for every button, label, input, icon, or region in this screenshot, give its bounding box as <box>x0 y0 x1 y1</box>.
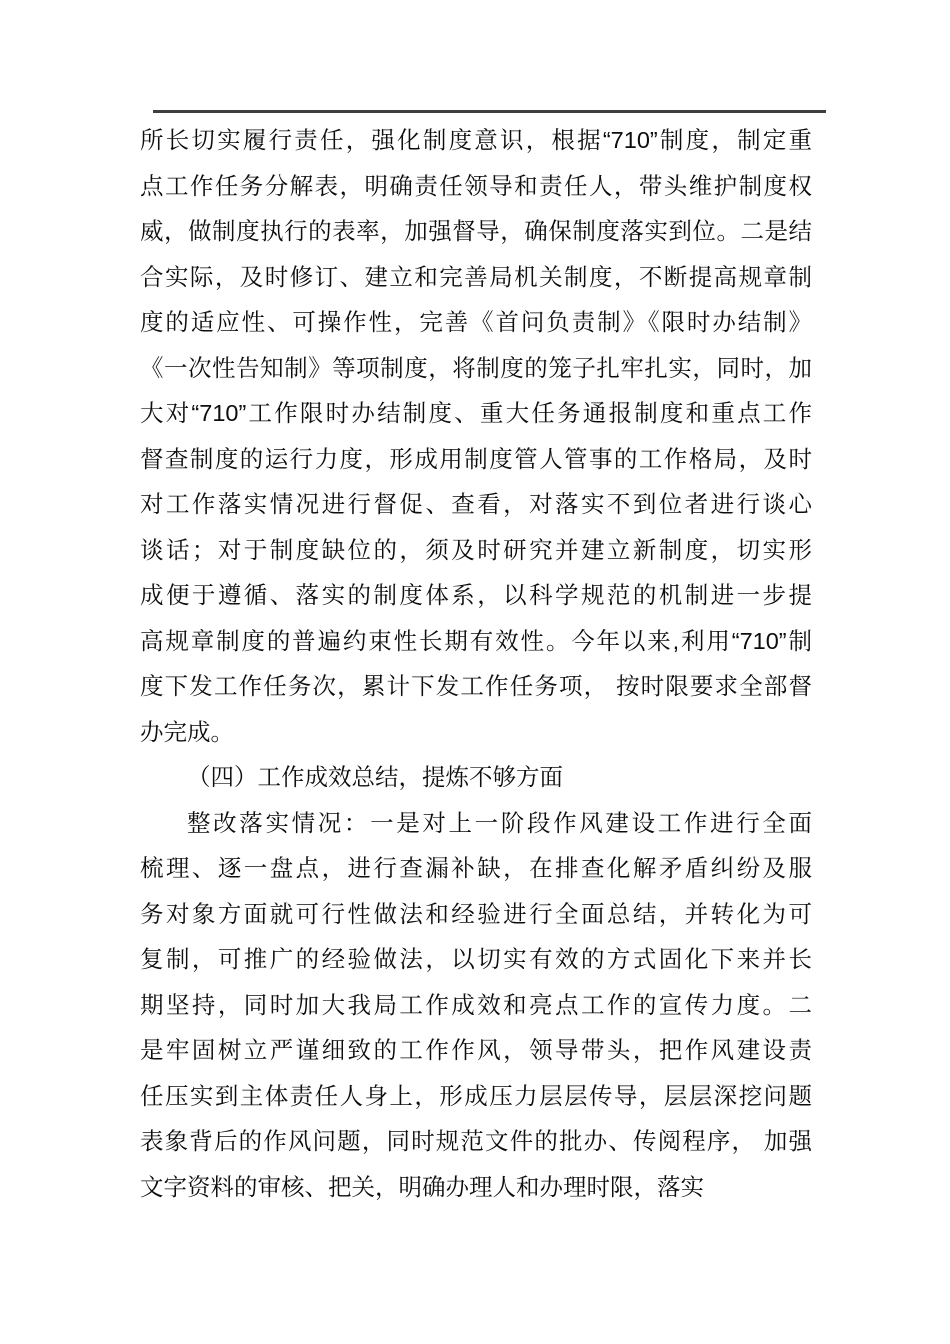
document-line: 期坚持，同时加大我局工作成效和亮点工作的宣传力度。二 <box>140 983 812 1029</box>
document-line: 任压实到主体责任人身上，形成压力层层传导，层层深挖问题 <box>140 1074 812 1120</box>
document-line: 大对“710”工作限时办结制度、重大任务通报制度和重点工作 <box>140 391 812 437</box>
document-line: 高规章制度的普遍约束性长期有效性。今年以来,利用“710”制 <box>140 619 812 665</box>
document-line: 度的适应性、可操作性，完善《首问负责制》《限时办结制》 <box>140 300 812 346</box>
document-line: 《一次性告知制》等项制度，将制度的笼子扎牢扎实，同时，加 <box>140 346 812 392</box>
header-rule <box>153 110 826 113</box>
document-line: 是牢固树立严谨细致的工作作风，领导带头，把作风建设责 <box>140 1028 812 1074</box>
document-line: 合实际，及时修订、建立和完善局机关制度，不断提高规章制 <box>140 255 812 301</box>
document-line: 点工作任务分解表，明确责任领导和责任人，带头维护制度权 <box>140 164 812 210</box>
document-line: 复制，可推广的经验做法，以切实有效的方式固化下来并长 <box>140 937 812 983</box>
document-line: 务对象方面就可行性做法和经验进行全面总结，并转化为可 <box>140 892 812 938</box>
document-page: 所长切实履行责任，强化制度意识，根据“710”制度，制定重点工作任务分解表，明确… <box>0 0 950 1344</box>
document-line: 度下发工作任务次，累计下发工作任务项， 按时限要求全部督 <box>140 664 812 710</box>
document-line: （四）工作成效总结，提炼不够方面 <box>140 755 812 801</box>
document-line: 整改落实情况：一是对上一阶段作风建设工作进行全面 <box>140 801 812 847</box>
document-line: 成便于遵循、落实的制度体系，以科学规范的机制进一步提 <box>140 573 812 619</box>
document-line: 谈话；对于制度缺位的，须及时研究并建立新制度，切实形 <box>140 528 812 574</box>
document-line: 对工作落实情况进行督促、查看，对落实不到位者进行谈心 <box>140 482 812 528</box>
document-text: 所长切实履行责任，强化制度意识，根据“710”制度，制定重点工作任务分解表，明确… <box>140 118 812 1210</box>
document-line: 办完成。 <box>140 710 812 756</box>
document-line: 表象背后的作风问题，同时规范文件的批办、传阅程序， 加强 <box>140 1119 812 1165</box>
document-line: 督查制度的运行力度，形成用制度管人管事的工作格局，及时 <box>140 437 812 483</box>
document-line: 威，做制度执行的表率，加强督导，确保制度落实到位。二是结 <box>140 209 812 255</box>
document-line: 文字资料的审核、把关，明确办理人和办理时限，落实 <box>140 1165 812 1211</box>
document-line: 所长切实履行责任，强化制度意识，根据“710”制度，制定重 <box>140 118 812 164</box>
document-line: 梳理、逐一盘点，进行查漏补缺，在排查化解矛盾纠纷及服 <box>140 846 812 892</box>
